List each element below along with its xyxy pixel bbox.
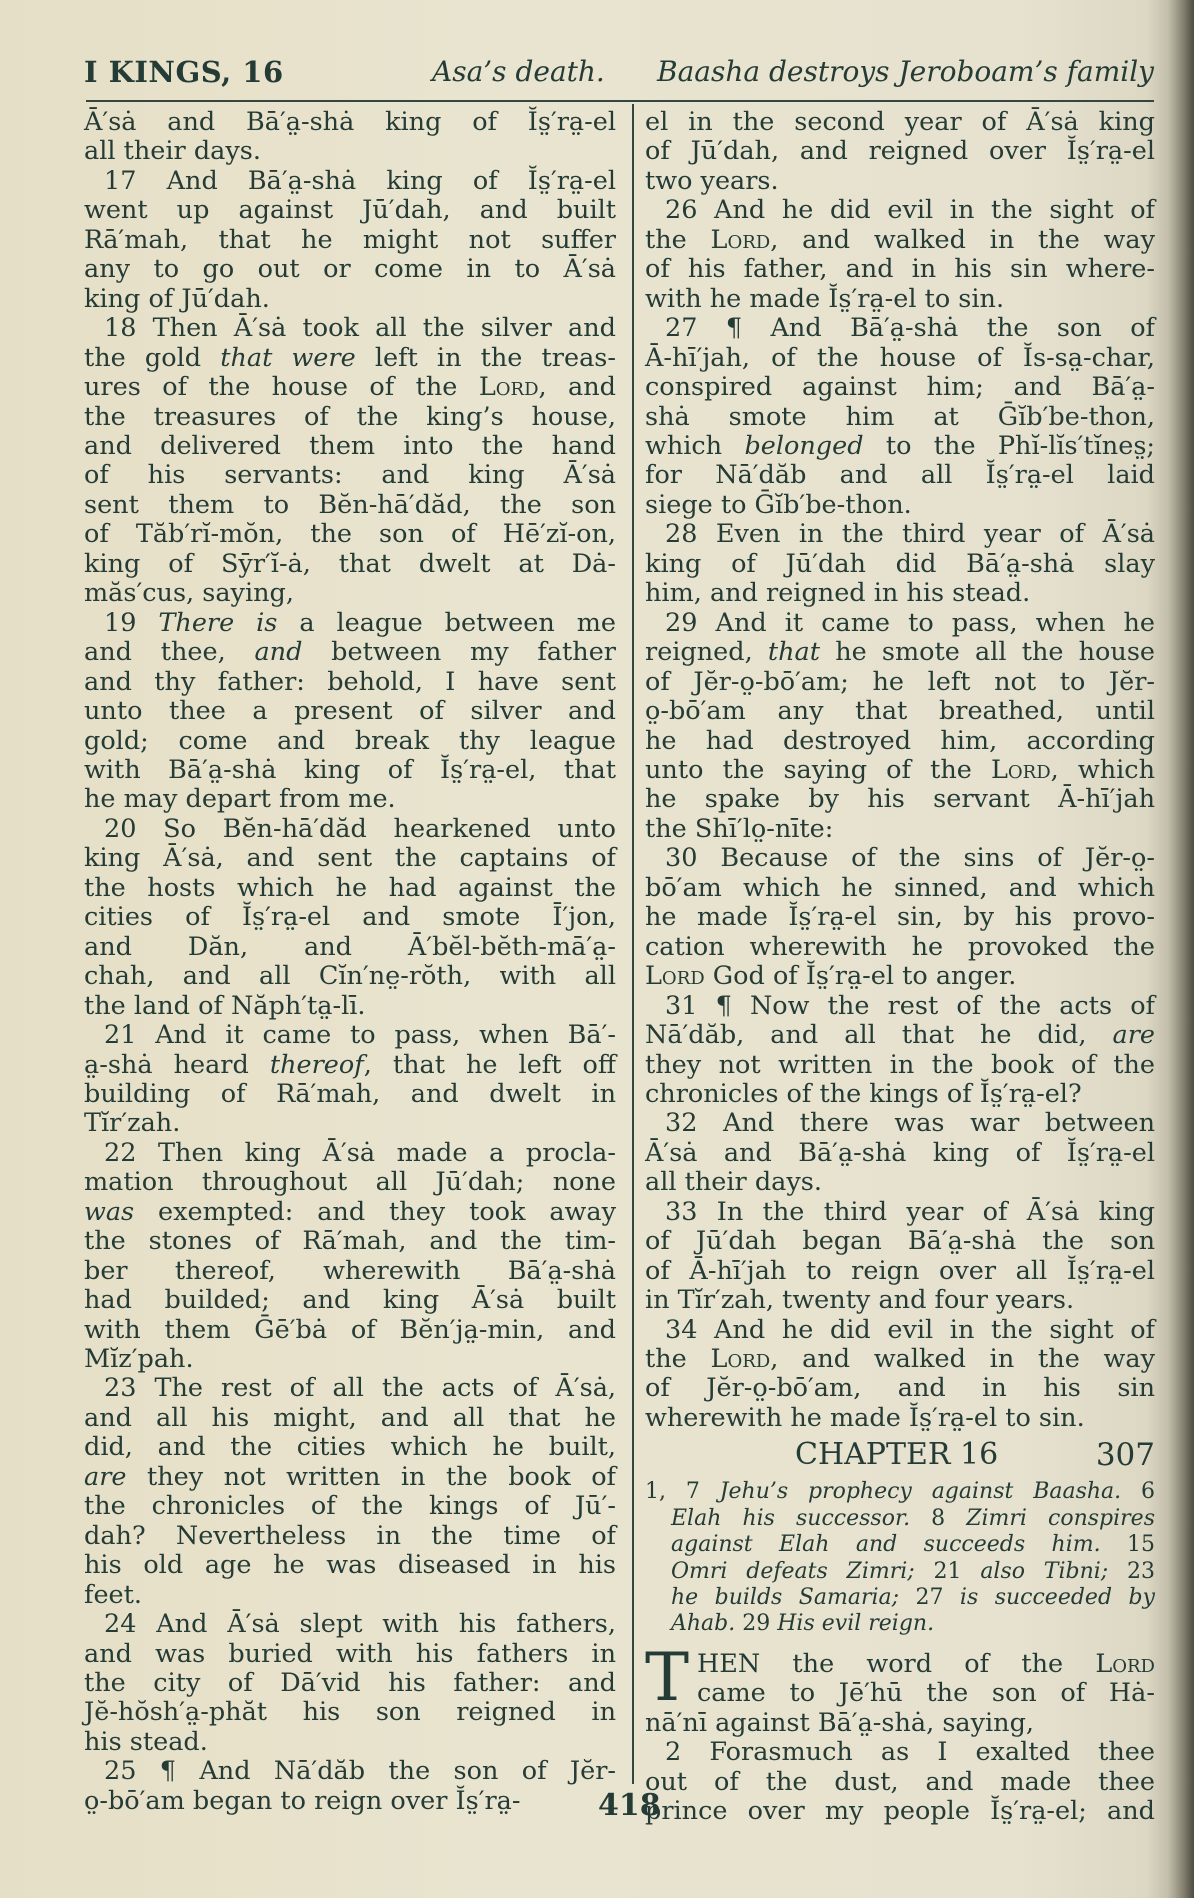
- text-line: and thee, and between my father: [84, 638, 616, 667]
- text-line: reigned, that he smote all the house: [645, 638, 1155, 667]
- text-line: o̤-bō′am any that breathed, until: [645, 697, 1155, 726]
- text-line: of Jĕr-o̤-bō′am, and in his sin: [645, 1374, 1155, 1403]
- text-line: two years.: [645, 167, 1155, 196]
- text-line: for Nā′dăb and all Ĭs̤′ra̤-el laid: [645, 461, 1155, 490]
- chapter-reference-number: 307: [1096, 1435, 1155, 1475]
- text-line: king of Sȳr′ĭ-ȧ, that dwelt at Dȧ-: [84, 550, 616, 579]
- verse-start-line: 20 So Bĕn-hā′dăd hearkened unto: [84, 815, 616, 844]
- summary-line: against Elah and succeeds him. 15: [645, 1532, 1155, 1558]
- text-line: unto the saying of the Lord, which: [645, 756, 1155, 785]
- topic-left: Asa’s death.: [432, 52, 605, 92]
- text-line: the chronicles of the kings of Jū′-: [84, 1492, 616, 1521]
- verse-start-line: 27 ¶ And Bā′a̤-shȧ the son of: [645, 314, 1155, 343]
- page-number: 418: [598, 1788, 661, 1824]
- verse-start-line: 2 Forasmuch as I exalted thee: [645, 1738, 1155, 1767]
- verse-start-line: 18 Then Ā′sȧ took all the silver and: [84, 314, 616, 343]
- text-line: and was buried with his fathers in: [84, 1640, 616, 1669]
- text-line: the Lord, and walked in the way: [645, 226, 1155, 255]
- text-line: ber thereof, wherewith Bā′a̤-shȧ: [84, 1257, 616, 1286]
- text-line: măs′cus, saying,: [84, 579, 616, 608]
- text-line: nā′nī against Bā′a̤-shȧ, saying,: [645, 1709, 1155, 1738]
- text-line: sent them to Bĕn-hā′dăd, the son: [84, 491, 616, 520]
- text-line: went up against Jū′dah, and built: [84, 196, 616, 225]
- verse-start-line: 24 And Ā′sȧ slept with his fathers,: [84, 1610, 616, 1639]
- text-line: the land of Năph′ta̤-lī.: [84, 992, 616, 1021]
- text-line: HEN the word of the Lord: [645, 1650, 1155, 1679]
- text-line: was exempted: and they took away: [84, 1198, 616, 1227]
- text-line: and thy father: behold, I have sent: [84, 668, 616, 697]
- text-line: gold; come and break thy league: [84, 727, 616, 756]
- text-line: in Tĭr′zah, twenty and four years.: [645, 1286, 1155, 1315]
- text-line: he made Ĭs̤′ra̤-el sin, by his provo-: [645, 903, 1155, 932]
- text-line: did, and the cities which he built,: [84, 1433, 616, 1462]
- text-line: prince over my people Ĭs̤′ra̤-el; and: [645, 1797, 1155, 1826]
- text-line: he had destroyed him, according: [645, 727, 1155, 756]
- text-line: of Ā-hī′jah to reign over all Ĭs̤′ra̤-el: [645, 1257, 1155, 1286]
- text-line: ures of the house of the Lord, and: [84, 373, 616, 402]
- text-line: of Tăb′rĭ-mŏn, the son of Hē′zĭ-on,: [84, 520, 616, 549]
- left-column: Ā′sȧ and Bā′a̤-shȧ king of Ĭs̤′ra̤-elall…: [84, 108, 616, 1816]
- text-line: he spake by his servant Ā-hī′jah: [645, 785, 1155, 814]
- text-line: Ā′sȧ and Bā′a̤-shȧ king of Ĭs̤′ra̤-el: [645, 1139, 1155, 1168]
- text-line: his stead.: [84, 1728, 616, 1757]
- summary-line: Omri defeats Zimri; 21 also Tibni; 23: [645, 1559, 1155, 1585]
- verse-start-line: 31 ¶ Now the rest of the acts of: [645, 992, 1155, 1021]
- text-line: came to Jē′hū the son of Hȧ-: [645, 1679, 1155, 1708]
- topic-right: Baasha destroys Jeroboam’s family: [657, 52, 1154, 92]
- verse-start-line: 19 There is a league between me: [84, 609, 616, 638]
- text-line: the hosts which he had against the: [84, 874, 616, 903]
- column-divider: [632, 104, 634, 1784]
- verse-1: HEN the word of the Lordcame to Jē′hū th…: [645, 1650, 1155, 1738]
- text-line: bō′am which he sinned, and which: [645, 874, 1155, 903]
- text-line: shȧ smote him at Ḡĭb′be-thon,: [645, 403, 1155, 432]
- verse-start-line: 30 Because of the sins of Jĕr-o̤-: [645, 844, 1155, 873]
- text-line: siege to Ḡĭb′be-thon.: [645, 491, 1155, 520]
- text-line: cities of Ĭs̤′ra̤-el and smote Ī′jon,: [84, 903, 616, 932]
- book-chapter-heading: I KINGS, 16: [84, 52, 284, 92]
- text-line: the stones of Rā′mah, and the tim-: [84, 1227, 616, 1256]
- text-line: with Bā′a̤-shȧ king of Ĭs̤′ra̤-el, that: [84, 756, 616, 785]
- summary-line: he builds Samaria; 27 is succeeded by: [645, 1585, 1155, 1611]
- text-line: Mĭz′pah.: [84, 1345, 616, 1374]
- text-line: his old age he was diseased in his: [84, 1551, 616, 1580]
- text-line: Nā′dăb, and all that he did, are: [645, 1021, 1155, 1050]
- text-line: feet.: [84, 1581, 616, 1610]
- header-rule: [86, 100, 1154, 102]
- verse-start-line: 34 And he did evil in the sight of: [645, 1316, 1155, 1345]
- text-line: any to go out or come in to Ā′sȧ: [84, 255, 616, 284]
- text-line: all their days.: [645, 1168, 1155, 1197]
- text-line: they not written in the book of the: [645, 1051, 1155, 1080]
- chapter-opening: T HEN the word of the Lordcame to Jē′hū …: [645, 1650, 1155, 1738]
- verse-start-line: 28 Even in the third year of Ā′sȧ: [645, 520, 1155, 549]
- text-line: unto thee a present of silver and: [84, 697, 616, 726]
- text-line: and all his might, and all that he: [84, 1404, 616, 1433]
- drop-cap: T: [645, 1648, 689, 1708]
- text-line: and delivered them into the hand: [84, 432, 616, 461]
- text-line: all their days.: [84, 137, 616, 166]
- text-line: of his servants: and king Ā′sȧ: [84, 461, 616, 490]
- chapter-summary: 1, 7 Jehu’s prophecy against Baasha. 6El…: [645, 1479, 1155, 1637]
- text-line: of Jĕr-o̤-bō′am; he left not to Jĕr-: [645, 668, 1155, 697]
- verse-start-line: 23 The rest of all the acts of Ā′sȧ,: [84, 1374, 616, 1403]
- right-column: el in the second year of Ā′sȧ kingof Jū′…: [645, 108, 1155, 1827]
- verse-start-line: 32 And there was war between: [645, 1109, 1155, 1138]
- summary-line: Elah his successor. 8 Zimri conspires: [645, 1506, 1155, 1532]
- text-line: the city of Dā′vid his father: and: [84, 1669, 616, 1698]
- text-line: dah? Nevertheless in the time of: [84, 1522, 616, 1551]
- running-head: I KINGS, 16 Asa’s death. Baasha destroys…: [84, 52, 1154, 92]
- text-line: wherewith he made Ĭs̤′ra̤-el to sin.: [645, 1404, 1155, 1433]
- verse-start-line: 25 ¶ And Nā′dăb the son of Jĕr-: [84, 1757, 616, 1786]
- text-line: Jĕ-hŏsh′a̤-phăt his son reigned in: [84, 1698, 616, 1727]
- text-line: the Shī′lo̤-nīte:: [645, 815, 1155, 844]
- verse-start-line: 29 And it came to pass, when he: [645, 609, 1155, 638]
- text-line: king of Jū′dah did Bā′a̤-shȧ slay: [645, 550, 1155, 579]
- text-line: a̤-shȧ heard thereof, that he left off: [84, 1051, 616, 1080]
- bible-page: I KINGS, 16 Asa’s death. Baasha destroys…: [0, 0, 1194, 1898]
- text-line: and Dăn, and Ā′bĕl-bĕth-mā′a̤-: [84, 933, 616, 962]
- verse-start-line: 21 And it came to pass, when Bā′-: [84, 1021, 616, 1050]
- text-line: conspired against him; and Bā′a̤-: [645, 373, 1155, 402]
- text-line: o̤-bō′am began to reign over Ĭs̤′ra̤-: [84, 1787, 616, 1816]
- text-line: are they not written in the book of: [84, 1463, 616, 1492]
- text-line: of Jū′dah, and reigned over Ĭs̤′ra̤-el: [645, 137, 1155, 166]
- text-line: building of Rā′mah, and dwelt in: [84, 1080, 616, 1109]
- verse-start-line: 26 And he did evil in the sight of: [645, 196, 1155, 225]
- text-line: cation wherewith he provoked the: [645, 933, 1155, 962]
- summary-line: Ahab. 29 His evil reign.: [645, 1611, 1155, 1637]
- text-line: the Lord, and walked in the way: [645, 1345, 1155, 1374]
- text-line: Ā-hī′jah, of the house of Ĭs-sa̤-char,: [645, 344, 1155, 373]
- text-line: had builded; and king Ā′sȧ built: [84, 1286, 616, 1315]
- text-line: king Ā′sȧ, and sent the captains of: [84, 844, 616, 873]
- text-line: el in the second year of Ā′sȧ king: [645, 108, 1155, 137]
- text-line: mation throughout all Jū′dah; none: [84, 1168, 616, 1197]
- verse-2: 2 Forasmuch as I exalted theeout of the …: [645, 1738, 1155, 1826]
- text-line: chronicles of the kings of Ĭs̤′ra̤-el?: [645, 1080, 1155, 1109]
- text-line: Lord God of Ĭs̤′ra̤-el to anger.: [645, 962, 1155, 991]
- summary-line: 1, 7 Jehu’s prophecy against Baasha. 6: [645, 1479, 1155, 1505]
- text-line: which belonged to the Phĭ-lĭs′tĭnes̤;: [645, 432, 1155, 461]
- book-binding-shadow: [1168, 0, 1194, 1898]
- text-line: he may depart from me.: [84, 785, 616, 814]
- text-line: him, and reigned in his stead.: [645, 579, 1155, 608]
- text-line: the gold that were left in the treas-: [84, 344, 616, 373]
- text-line: of Jū′dah began Bā′a̤-shȧ the son: [645, 1227, 1155, 1256]
- text-line: out of the dust, and made thee: [645, 1768, 1155, 1797]
- text-line: Rā′mah, that he might not suffer: [84, 226, 616, 255]
- text-line: Ā′sȧ and Bā′a̤-shȧ king of Ĭs̤′ra̤-el: [84, 108, 616, 137]
- verse-start-line: 22 Then king Ā′sȧ made a procla-: [84, 1139, 616, 1168]
- text-line: with them Ḡē′bȧ of Bĕn′ja̤-min, and: [84, 1316, 616, 1345]
- text-line: Tĭr′zah.: [84, 1109, 616, 1138]
- right-column-verses: el in the second year of Ā′sȧ kingof Jū′…: [645, 108, 1155, 1433]
- chapter-title: CHAPTER 16: [795, 1435, 998, 1475]
- verse-start-line: 33 In the third year of Ā′sȧ king: [645, 1198, 1155, 1227]
- text-line: chah, and all Cĭn′ne̤-rŏth, with all: [84, 962, 616, 991]
- text-line: king of Jū′dah.: [84, 285, 616, 314]
- text-line: the treasures of the king’s house,: [84, 403, 616, 432]
- verse-start-line: 17 And Bā′a̤-shȧ king of Ĭs̤′ra̤-el: [84, 167, 616, 196]
- text-line: with he made Ĭs̤′ra̤-el to sin.: [645, 285, 1155, 314]
- chapter-heading: CHAPTER 16 307: [645, 1435, 1155, 1475]
- text-line: of his father, and in his sin where-: [645, 255, 1155, 284]
